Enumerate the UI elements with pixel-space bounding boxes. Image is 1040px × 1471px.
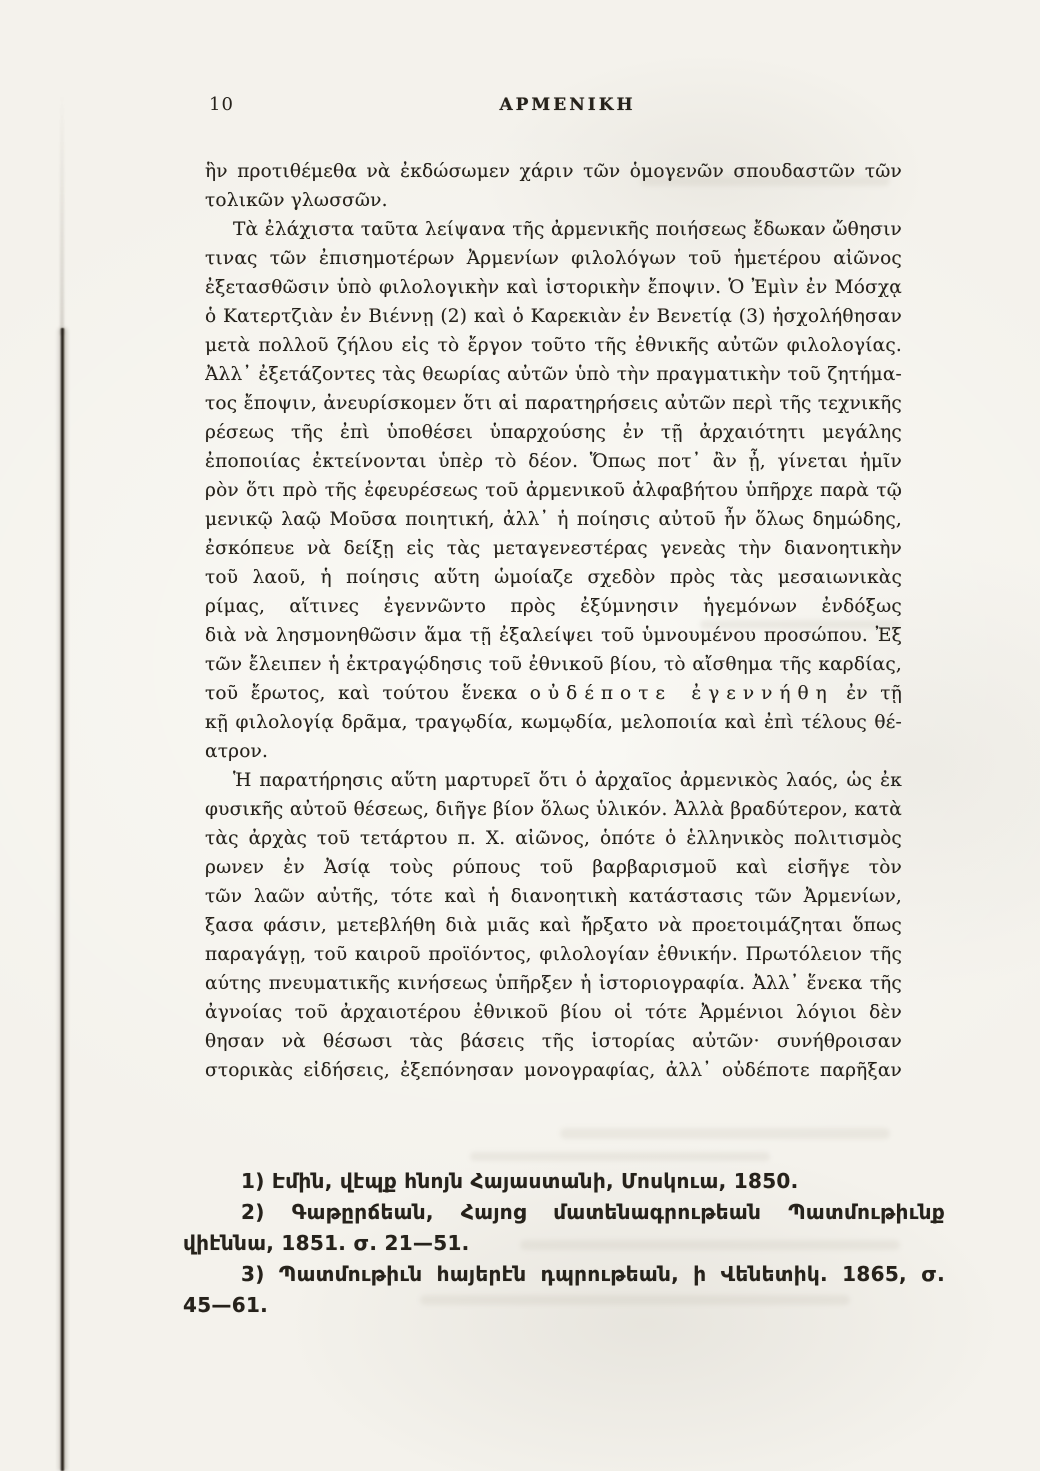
- bleedthrough-smudge: [560, 1128, 890, 1139]
- text-line: τινας τῶν ἐπισημοτέρων Ἀρμενίων φιλολόγω…: [205, 244, 902, 273]
- text-line: ρὸν ὅτι πρὸ τῆς ἐφευρέσεως τοῦ ἀρμενικοῦ…: [205, 476, 902, 505]
- text-line: τῶν λαῶν αὐτῆς, τότε καὶ ἡ διανοητικὴ κα…: [205, 882, 902, 911]
- text-line: παραγάγῃ, τοῦ καιροῦ προϊόντος, φιλολογί…: [205, 940, 902, 969]
- text-line: τολικῶν γλωσσῶν.: [205, 186, 902, 215]
- text-line: ἐσκόπευε νὰ δείξῃ εἰς τὰς μεταγενεστέρας…: [205, 534, 902, 563]
- text-line: ατρον.: [205, 737, 902, 766]
- text-line: ρέσεως τῆς ἐπὶ ὑποθέσει ὑπαρχούσης ἐν τῇ…: [205, 418, 902, 447]
- text-line: ξασα φάσιν, μετεβλήθη διὰ μιᾶς καὶ ἤρξατ…: [205, 911, 902, 940]
- binding-gutter-line: [60, 328, 65, 1471]
- scanned-book-page: 10 ΑΡΜΕΝΙΚΗ ἣν προτιθέμεθα νὰ ἐκδώσωμεν …: [0, 0, 1040, 1471]
- text-line: ὁ Κατερτζιὰν ἐν Βιέννῃ (2) καὶ ὁ Καρεκιὰ…: [205, 302, 902, 331]
- body-text: ἣν προτιθέμεθα νὰ ἐκδώσωμεν χάριν τῶν ὁμ…: [205, 157, 902, 1085]
- text-line: ἐξετασθῶσιν ὑπὸ φιλολογικὴν καὶ ἱστορικὴ…: [205, 273, 902, 302]
- letterspaced-emphasis: οὐδέποτε ἐγεννήθη: [530, 683, 834, 704]
- bleedthrough-smudge: [470, 1152, 770, 1161]
- text-line: μενικῷ λαῷ Μοῦσα ποιητική, ἀλλ᾽ ἡ ποίησι…: [205, 505, 902, 534]
- text-line: τῶν ἔλειπεν ἡ ἐκτραγῴδησις τοῦ ἐθνικοῦ β…: [205, 650, 902, 679]
- text-line: φυσικῆς αὐτοῦ θέσεως, διῆγε βίον ὅλως ὑλ…: [205, 795, 902, 824]
- text-line: μετὰ πολλοῦ ζήλου εἰς τὸ ἔργον τοῦτο τῆς…: [205, 331, 902, 360]
- text-line: τοῦ λαοῦ, ἡ ποίησις αὕτη ὡμοίαζε σχεδὸν …: [205, 563, 902, 592]
- text-line: Ἀλλ᾽ ἐξετάζοντες τὰς θεωρίας αὐτῶν ὑπὸ τ…: [205, 360, 902, 389]
- text-line: τὰς ἀρχὰς τοῦ τετάρτου π. Χ. αἰῶνος, ὁπό…: [205, 824, 902, 853]
- text-line: τοῦ ἔρωτος, καὶ τούτου ἕνεκα οὐδέποτε ἐγ…: [205, 679, 902, 708]
- text-line: Τὰ ἐλάχιστα ταῦτα λείψανα τῆς ἀρμενικῆς …: [205, 215, 902, 244]
- text-line: 45—61.: [183, 1290, 945, 1321]
- page-header: 10 ΑΡΜΕΝΙΚΗ: [205, 92, 930, 118]
- text-line: 2) Գաթըրճեան, Հայոց մատենագրութեան Պատմո…: [183, 1197, 945, 1228]
- text-line: վիէննա, 1851. σ. 21—51.: [183, 1228, 945, 1259]
- running-title: ΑΡΜΕΝΙΚΗ: [205, 92, 930, 118]
- binding-shadow-faint: [60, 95, 64, 335]
- text-line: τος ἔποψιν, ἀνευρίσκομεν ὅτι αἱ παρατηρή…: [205, 389, 902, 418]
- text-line: κῇ φιλολογίᾳ δρᾶμα, τραγῳδία, κωμῳδία, μ…: [205, 708, 902, 737]
- text-line: θησαν νὰ θέσωσι τὰς βάσεις τῆς ἱστορίας …: [205, 1027, 902, 1056]
- text-line: ρίμας, αἵτινες ἐγεννῶντο πρὸς ἐξύμνησιν …: [205, 592, 902, 621]
- text-line: αύτης πνευματικῆς κινήσεως ὑπῆρξεν ἡ ἱστ…: [205, 969, 902, 998]
- text-line: ἐποποιίας ἐκτείνονται ὑπὲρ τὸ δέον. Ὅπως…: [205, 447, 902, 476]
- footnotes: 1) Էմին, վէպք հնոյն Հայաստանի, Մոսկուա, …: [183, 1166, 945, 1321]
- text-line: 1) Էմին, վէպք հնոյն Հայաստանի, Մոսկուա, …: [183, 1166, 945, 1197]
- text-line: διὰ νὰ λησμονηθῶσιν ἅμα τῇ ἐξαλείψει τοῦ…: [205, 621, 902, 650]
- text-line: ρωνεν ἐν Ἀσίᾳ τοὺς ρύπους τοῦ βαρβαρισμο…: [205, 853, 902, 882]
- text-line: ἣν προτιθέμεθα νὰ ἐκδώσωμεν χάριν τῶν ὁμ…: [205, 157, 902, 186]
- text-line: 3) Պատմութիւն հայերէն դպրութեան, ի Վենետ…: [183, 1259, 945, 1290]
- text-line: Ἡ παρατήρησις αὕτη μαρτυρεῖ ὅτι ὁ ἀρχαῖο…: [205, 766, 902, 795]
- text-line: στορικὰς εἰδήσεις, ἐξεπόνησαν μονογραφία…: [205, 1056, 902, 1085]
- text-line: ἀγνοίας τοῦ ἀρχαιοτέρου ἐθνικοῦ βίου οἱ …: [205, 998, 902, 1027]
